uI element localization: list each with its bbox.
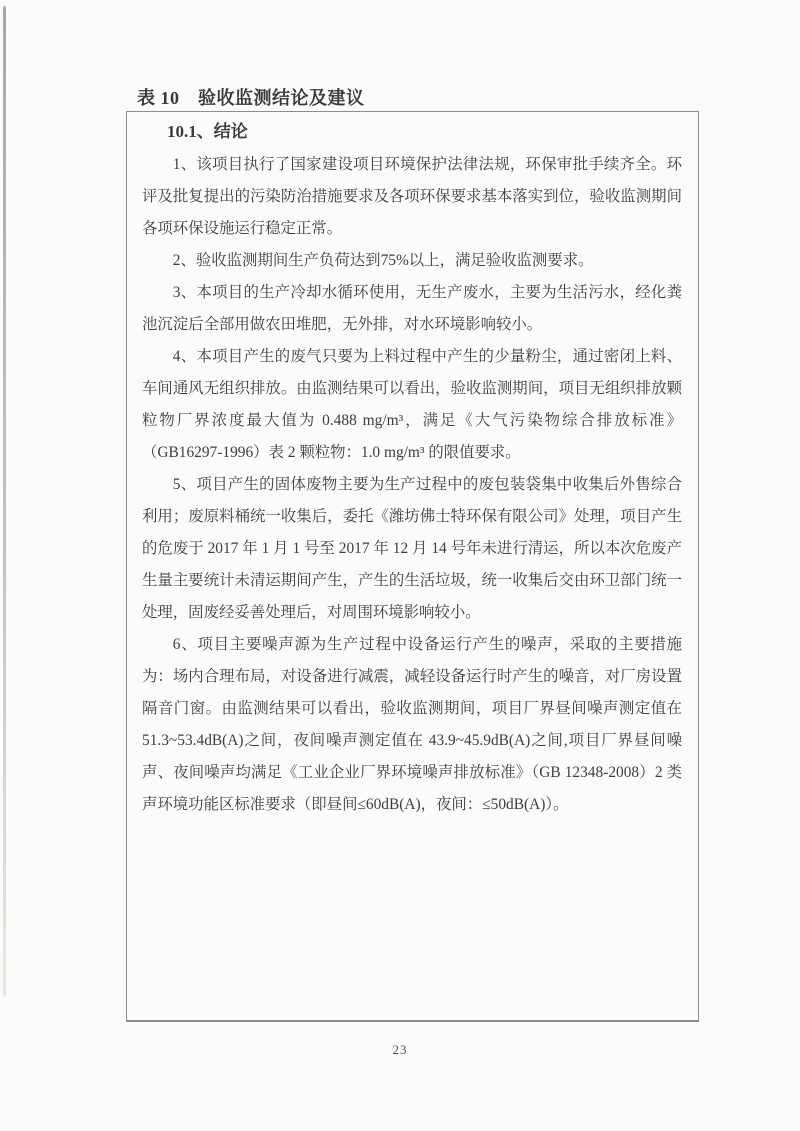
scan-edge-artifact bbox=[3, 6, 6, 996]
conclusion-paragraph-2: 2、验收监测期间生产负荷达到75%以上，满足验收监测要求。 bbox=[142, 245, 682, 277]
page-number: 23 bbox=[0, 1042, 800, 1058]
conclusion-paragraph-3: 3、本项目的生产冷却水循环使用，无生产废水，主要为生活污水，经化粪池沉淀后全部用… bbox=[142, 277, 682, 341]
conclusion-paragraph-6: 6、项目主要噪声源为生产过程中设备运行产生的噪声，采取的主要措施为：场内合理布局… bbox=[142, 629, 682, 821]
table-caption: 表 10 验收监测结论及建议 bbox=[137, 84, 365, 110]
section-heading: 10.1、结论 bbox=[167, 117, 682, 147]
conclusion-paragraph-1: 1、该项目执行了国家建设项目环境保护法律法规，环保审批手续齐全。环评及批复提出的… bbox=[142, 149, 682, 245]
conclusion-paragraph-5: 5、项目产生的固体废物主要为生产过程中的废包装袋集中收集后外售综合利用；废原料桶… bbox=[142, 469, 682, 629]
conclusion-paragraph-4: 4、本项目产生的废气只要为上料过程中产生的少量粉尘，通过密闭上料、车间通风无组织… bbox=[142, 341, 682, 469]
scanned-document-page: 表 10 验收监测结论及建议 10.1、结论 1、该项目执行了国家建设项目环境保… bbox=[0, 0, 800, 1131]
content-box: 10.1、结论 1、该项目执行了国家建设项目环境保护法律法规，环保审批手续齐全。… bbox=[126, 111, 699, 1022]
